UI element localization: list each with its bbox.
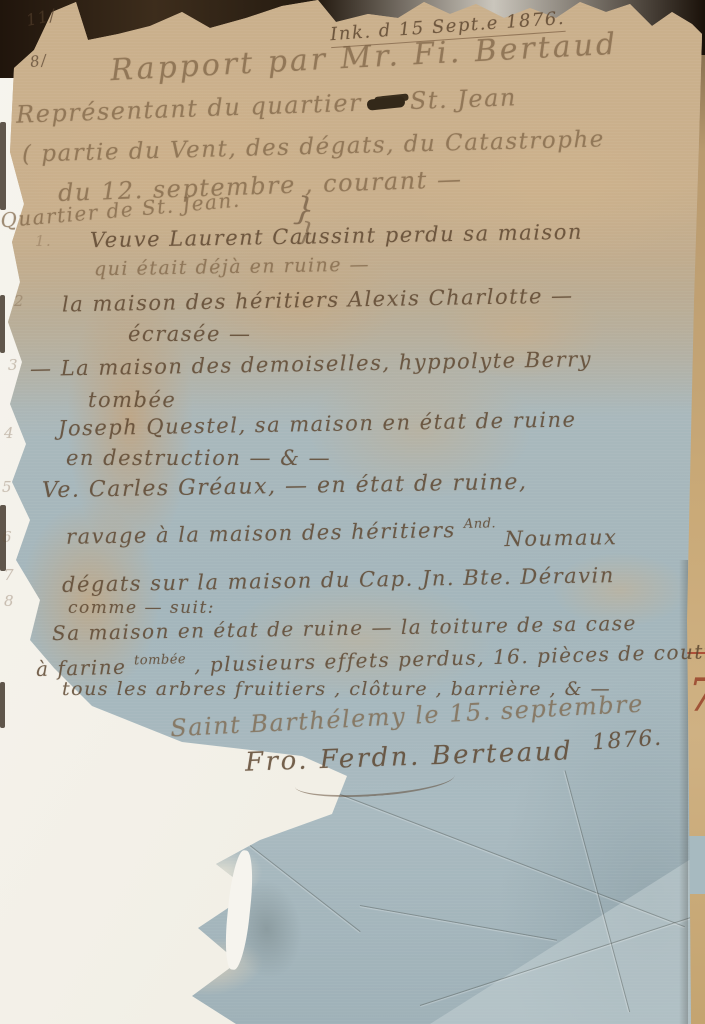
margin-number: 8 <box>4 592 15 610</box>
item6-insertion: And. <box>464 516 496 532</box>
item8-insertion: tombée <box>134 652 186 668</box>
binding-edge-fragment <box>0 122 6 210</box>
manuscript-photo: 7 11/ 8/ Ink. d 15 Sept.e 1876. Rapport … <box>0 0 705 1024</box>
margin-number: 4 <box>4 424 15 442</box>
sheet-edge-shadow <box>679 560 688 1024</box>
item6-name: Noumaux <box>504 525 617 551</box>
margin-number: 1. <box>35 232 52 250</box>
item4-line2: en destruction — & — <box>66 446 331 470</box>
adjacent-page-number: 7 <box>688 668 705 722</box>
corner-mark: 8/ <box>29 51 49 71</box>
binding-edge-fragment <box>0 295 5 353</box>
margin-number: 5 <box>2 478 13 496</box>
margin-number: 6 <box>2 528 13 546</box>
margin-number: 2 <box>14 292 25 310</box>
margin-number: 3 <box>8 356 19 374</box>
closing-year: 1876. <box>591 726 663 756</box>
paper-crease <box>330 790 685 927</box>
paper-crease <box>360 905 557 941</box>
ink-blot-strikethrough <box>367 96 406 111</box>
item2-line2: écrasée — <box>128 322 252 346</box>
margin-number: 7 <box>4 566 15 584</box>
binding-edge-fragment <box>0 682 5 728</box>
item7-line2: comme — suit: <box>68 598 215 618</box>
item3-line2: tombée <box>88 388 176 412</box>
line-representant-quartier: St. Jean <box>409 83 517 115</box>
